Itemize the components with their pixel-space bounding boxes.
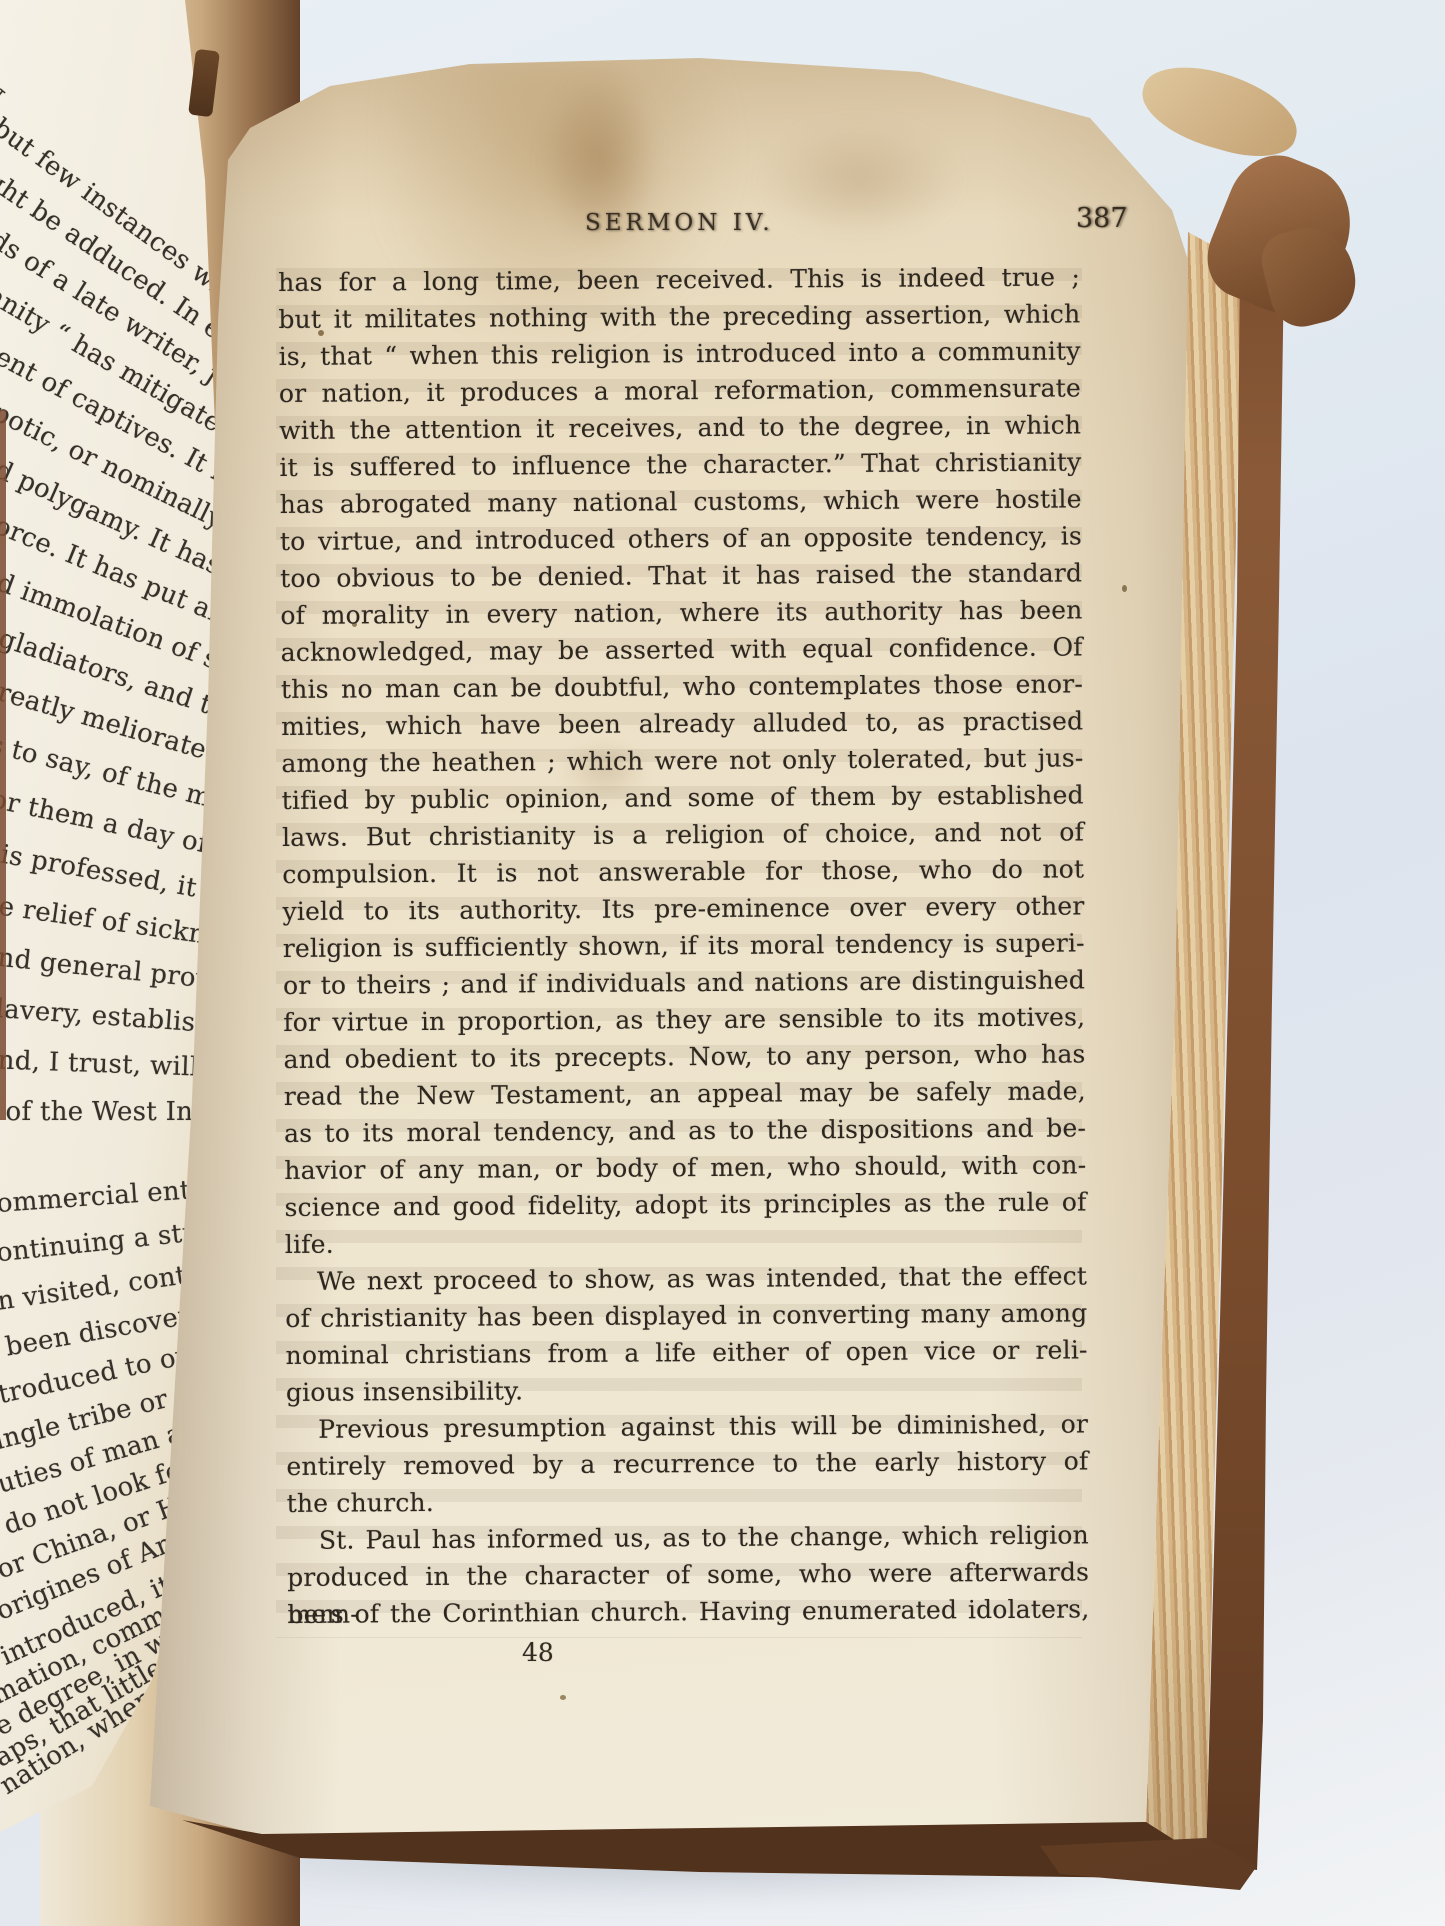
body-line: is, that “ when this religion is introdu… (279, 332, 1081, 375)
body-line: of morality in every nation, where its a… (280, 591, 1082, 634)
body-line: mities, which have been already alluded … (281, 702, 1083, 745)
body-line: as to its moral tendency, and as to the … (284, 1109, 1086, 1152)
body-line: the church. (287, 1479, 1089, 1522)
body-line: We next proceed to show, as was intended… (285, 1257, 1087, 1300)
page-header-title: SERMON IV. (585, 210, 845, 236)
body-line: St. Paul has informed us, as to the chan… (287, 1516, 1089, 1559)
foxing-speck (560, 1695, 566, 1700)
body-line: havior of any man, or body of men, who s… (284, 1146, 1086, 1189)
left-edge-line (0, 410, 6, 1120)
body-line: it is suffered to influence the characte… (279, 443, 1081, 486)
body-line: nominal christians from a life either of… (285, 1331, 1087, 1374)
signature-mark: 48 (522, 1638, 554, 1667)
body-line: has for a long time, been received. This… (278, 258, 1080, 301)
body-line: of christianity has been displayed in co… (285, 1294, 1087, 1337)
body-line: produced in the character of some, who w… (287, 1553, 1089, 1596)
body-line: or to theirs ; and if individuals and na… (283, 961, 1085, 1004)
body-line: this no man can be doubtful, who contemp… (281, 665, 1083, 708)
foxing-speck (1122, 585, 1127, 592)
body-line: compulsion. It is not answerable for tho… (282, 850, 1084, 893)
ruffled-page-corner (1133, 53, 1307, 168)
body-line: tified by public opinion, and some of th… (282, 776, 1084, 819)
body-line: has abrogated many national customs, whi… (280, 480, 1082, 523)
body-line: life. (285, 1220, 1087, 1263)
body-line: Previous presumption against this will b… (286, 1405, 1088, 1448)
body-text: has for a long time, been received. This… (278, 258, 1090, 1633)
body-line: or nation, it produces a moral reformati… (279, 369, 1081, 412)
body-line: too obvious to be denied. That it has ra… (280, 554, 1082, 597)
body-line: but it militates nothing with the preced… (278, 295, 1080, 338)
body-line: and obedient to its precepts. Now, to an… (283, 1035, 1085, 1078)
body-line: gious insensibility. (286, 1368, 1088, 1411)
photo-of-open-book: N., but few instances will beight be add… (0, 0, 1445, 1926)
body-line: religion is sufficiently shown, if its m… (283, 924, 1085, 967)
body-line: acknowledged, may be asserted with equal… (281, 628, 1083, 671)
body-line: with the attention it receives, and to t… (279, 406, 1081, 449)
body-line: among the heathen ; which were not only … (281, 739, 1083, 782)
body-line: entirely removed by a recurrence to the … (286, 1442, 1088, 1485)
body-line: science and good fidelity, adopt its pri… (284, 1183, 1086, 1226)
body-line: for virtue in proportion, as they are se… (283, 998, 1085, 1041)
body-line: read the New Testament, an appeal may be… (284, 1072, 1086, 1115)
body-line: bers of the Corinthian church. Having en… (287, 1590, 1089, 1633)
body-line: yield to its authority. Its pre-eminence… (282, 887, 1084, 930)
page-number: 387 (1076, 203, 1128, 234)
body-line: to virtue, and introduced others of an o… (280, 517, 1082, 560)
body-line: laws. But christianity is a religion of … (282, 813, 1084, 856)
